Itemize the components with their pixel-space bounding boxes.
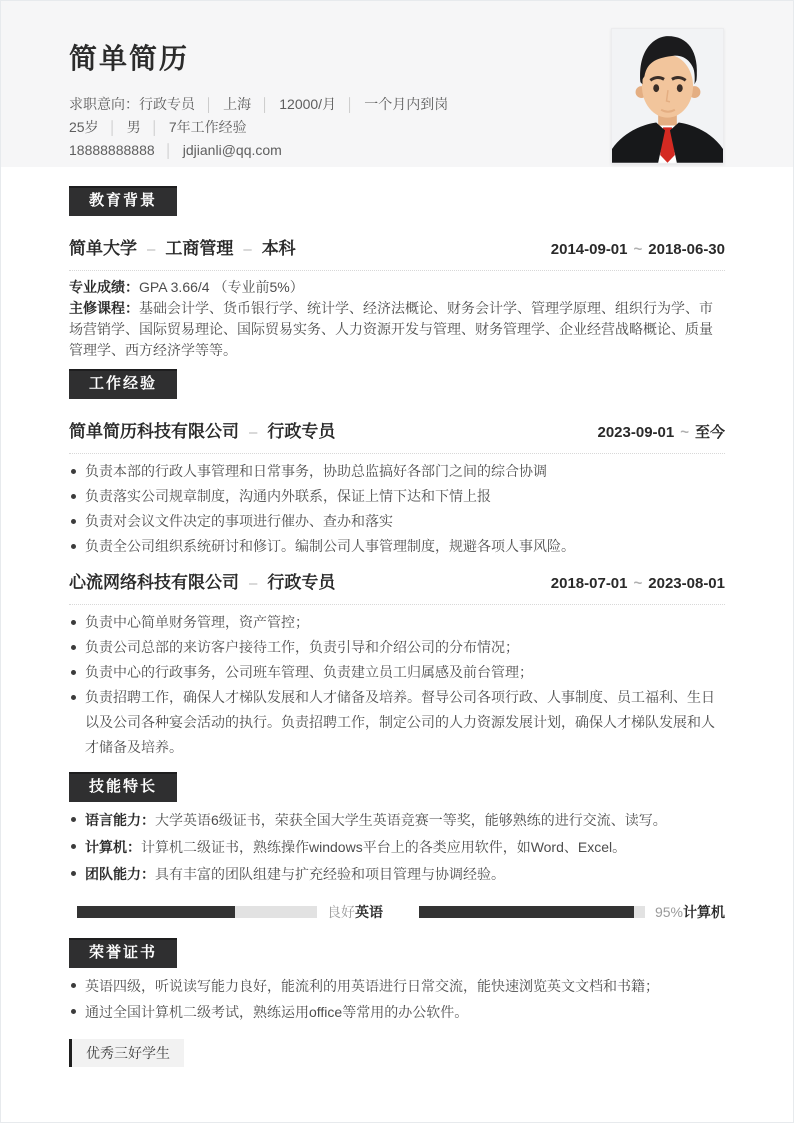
skill-bar-track — [419, 906, 645, 918]
education-date-range: 2014-09-01~2018-06-30 — [551, 238, 725, 262]
job-entry-title: 简单简历科技有限公司–行政专员 — [69, 420, 335, 445]
date-tilde: ~ — [634, 575, 643, 592]
date-tilde: ~ — [680, 424, 689, 441]
courses-label: 主修课程： — [69, 300, 139, 316]
education-entry-title: 简单大学–工商管理–本科 — [69, 237, 296, 262]
skill-label: 语言能力： — [85, 812, 155, 828]
date-start: 2018-07-01 — [551, 575, 628, 592]
bullet-item: 负责本部的行政人事管理和日常事务，协助总监搞好各部门之间的综合协调 — [69, 459, 725, 484]
bullet-item: 负责全公司组织系统研讨和修订。编制公司人事管理制度，规避各项人事风险。 — [69, 534, 725, 559]
job-entry: 简单简历科技有限公司–行政专员 2023-09-01~至今 负责本部的行政人事管… — [69, 420, 725, 559]
divider: │ — [205, 97, 213, 112]
courses-value: 基础会计学、货币银行学、统计学、经济法概论、财务会计学、管理学原理、组织行为学、… — [69, 300, 713, 358]
degree: 本科 — [262, 239, 296, 258]
date-tilde: ~ — [634, 241, 643, 258]
separator-dash: – — [243, 241, 251, 258]
job-entry-header: 心流网络科技有限公司–行政专员 2018-07-01~2023-08-01 — [69, 571, 725, 596]
work-years: 7年工作经验 — [169, 119, 247, 135]
school-name: 简单大学 — [69, 239, 137, 258]
skill-text: 具有丰富的团队组建与扩充经验和项目管理与协调经验。 — [155, 866, 505, 882]
divider: │ — [261, 97, 269, 112]
divider: │ — [346, 97, 354, 112]
date-start: 2014-09-01 — [551, 241, 628, 258]
divider: │ — [151, 120, 159, 135]
gpa-label: 专业成绩： — [69, 279, 139, 295]
date-end: 2018-06-30 — [648, 241, 725, 258]
bullet-item: 负责中心简单财务管理，资产管控； — [69, 610, 725, 635]
skill-bar-label: 95%计算机 — [655, 902, 725, 922]
skill-text: 计算机二级证书，熟练操作windows平台上的各类应用软件，如Word、Exce… — [141, 839, 626, 855]
divider: │ — [165, 143, 173, 158]
job-entry-header: 简单简历科技有限公司–行政专员 2023-09-01~至今 — [69, 420, 725, 445]
honors-list: 英语四级，听说读写能力良好，能流利的用英语进行日常交流，能快速浏览英文文档和书籍… — [69, 973, 725, 1025]
company-name: 简单简历科技有限公司 — [69, 422, 239, 441]
date-end: 至今 — [695, 424, 725, 441]
resume-header: 简单简历 求职意向：行政专员│上海│12000/月│一个月内到岗 25岁│男│7… — [1, 1, 793, 167]
education-details: 专业成绩：GPA 3.66/4 （专业前5%） 主修课程：基础会计学、货币银行学… — [69, 277, 725, 361]
job-role: 行政专员 — [267, 422, 335, 441]
bullet-item: 负责招聘工作，确保人才梯队发展和人才储备及培养。督导公司各项行政、人事制度、员工… — [69, 685, 725, 760]
section-badge-education: 教育背景 — [69, 186, 177, 216]
phone-number: 18888888888 — [69, 142, 155, 158]
bullet-item: 英语四级，听说读写能力良好，能流利的用英语进行日常交流，能快速浏览英文文档和书籍… — [69, 973, 725, 999]
expected-salary: 12000/月 — [279, 96, 336, 112]
gpa-line: 专业成绩：GPA 3.66/4 （专业前5%） — [69, 277, 725, 298]
job-date-range: 2018-07-01~2023-08-01 — [551, 572, 725, 596]
dotted-divider — [69, 270, 725, 271]
skill-level: 良好 — [327, 904, 355, 920]
job-duties-list: 负责本部的行政人事管理和日常事务，协助总监搞好各部门之间的综合协调 负责落实公司… — [69, 459, 725, 559]
skill-name: 英语 — [355, 904, 383, 920]
job-intent: 求职意向：行政专员 — [69, 96, 195, 112]
separator-dash: – — [249, 575, 257, 592]
gpa-value: GPA 3.66/4 （专业前5%） — [139, 279, 304, 295]
job-duties-list: 负责中心简单财务管理，资产管控； 负责公司总部的来访客户接待工作，负责引导和介绍… — [69, 610, 725, 760]
courses-line: 主修课程：基础会计学、货币银行学、统计学、经济法概论、财务会计学、管理学原理、组… — [69, 298, 725, 361]
bullet-item: 计算机：计算机二级证书，熟练操作windows平台上的各类应用软件，如Word、… — [69, 834, 725, 861]
availability: 一个月内到岗 — [364, 96, 448, 112]
avatar-illustration — [612, 29, 723, 163]
skill-bar-label: 良好英语 — [327, 902, 383, 922]
separator-dash: – — [249, 424, 257, 441]
bullet-item: 负责对会议文件决定的事项进行催办、查办和落实 — [69, 509, 725, 534]
resume-body: 教育背景 简单大学–工商管理–本科 2014-09-01~2018-06-30 … — [1, 167, 793, 1067]
job-role: 行政专员 — [267, 573, 335, 592]
job-entry: 心流网络科技有限公司–行政专员 2018-07-01~2023-08-01 负责… — [69, 571, 725, 760]
company-name: 心流网络科技有限公司 — [69, 573, 239, 592]
bullet-item: 负责落实公司规章制度，沟通内外联系，保证上情下达和下情上报 — [69, 484, 725, 509]
divider: │ — [109, 120, 117, 135]
profile-photo — [611, 28, 724, 164]
dotted-divider — [69, 604, 725, 605]
honor-tag: 优秀三好学生 — [69, 1039, 184, 1067]
email-address: jdjianli@qq.com — [183, 142, 282, 158]
bullet-item: 语言能力：大学英语6级证书，荣获全国大学生英语竞赛一等奖，能够熟练的进行交流、读… — [69, 807, 725, 834]
bullet-item: 负责公司总部的来访客户接待工作，负责引导和介绍公司的分布情况； — [69, 635, 725, 660]
skill-text: 大学英语6级证书，荣获全国大学生英语竞赛一等奖，能够熟练的进行交流、读写。 — [155, 812, 667, 828]
age: 25岁 — [69, 119, 99, 135]
skills-list: 语言能力：大学英语6级证书，荣获全国大学生英语竞赛一等奖，能够熟练的进行交流、读… — [69, 807, 725, 888]
section-badge-honors: 荣誉证书 — [69, 938, 177, 968]
separator-dash: – — [147, 241, 155, 258]
city: 上海 — [223, 96, 251, 112]
resume-page: 简单简历 求职意向：行政专员│上海│12000/月│一个月内到岗 25岁│男│7… — [0, 0, 794, 1123]
skill-bar-fill — [77, 906, 235, 918]
skill-bar-english: 良好英语 — [77, 902, 383, 922]
bullet-item: 通过全国计算机二级考试，熟练运用office等常用的办公软件。 — [69, 999, 725, 1025]
dotted-divider — [69, 453, 725, 454]
skill-level: 95% — [655, 904, 683, 920]
skill-name: 计算机 — [683, 904, 725, 920]
education-entry-header: 简单大学–工商管理–本科 2014-09-01~2018-06-30 — [69, 237, 725, 262]
bullet-item: 团队能力：具有丰富的团队组建与扩充经验和项目管理与协调经验。 — [69, 861, 725, 888]
major: 工商管理 — [165, 239, 233, 258]
date-end: 2023-08-01 — [648, 575, 725, 592]
skill-bar-fill — [419, 906, 634, 918]
section-badge-work: 工作经验 — [69, 369, 177, 399]
skill-label: 团队能力： — [85, 866, 155, 882]
bullet-item: 负责中心的行政事务，公司班车管理、负责建立员工归属感及前台管理； — [69, 660, 725, 685]
date-start: 2023-09-01 — [597, 424, 674, 441]
skill-label: 计算机： — [85, 839, 141, 855]
skill-bars-row: 良好英语 95%计算机 — [69, 902, 725, 922]
gender: 男 — [127, 119, 141, 135]
section-badge-skills: 技能特长 — [69, 772, 177, 802]
skill-bar-computer: 95%计算机 — [419, 902, 725, 922]
job-date-range: 2023-09-01~至今 — [597, 421, 725, 445]
skill-bar-track — [77, 906, 317, 918]
job-entry-title: 心流网络科技有限公司–行政专员 — [69, 571, 335, 596]
